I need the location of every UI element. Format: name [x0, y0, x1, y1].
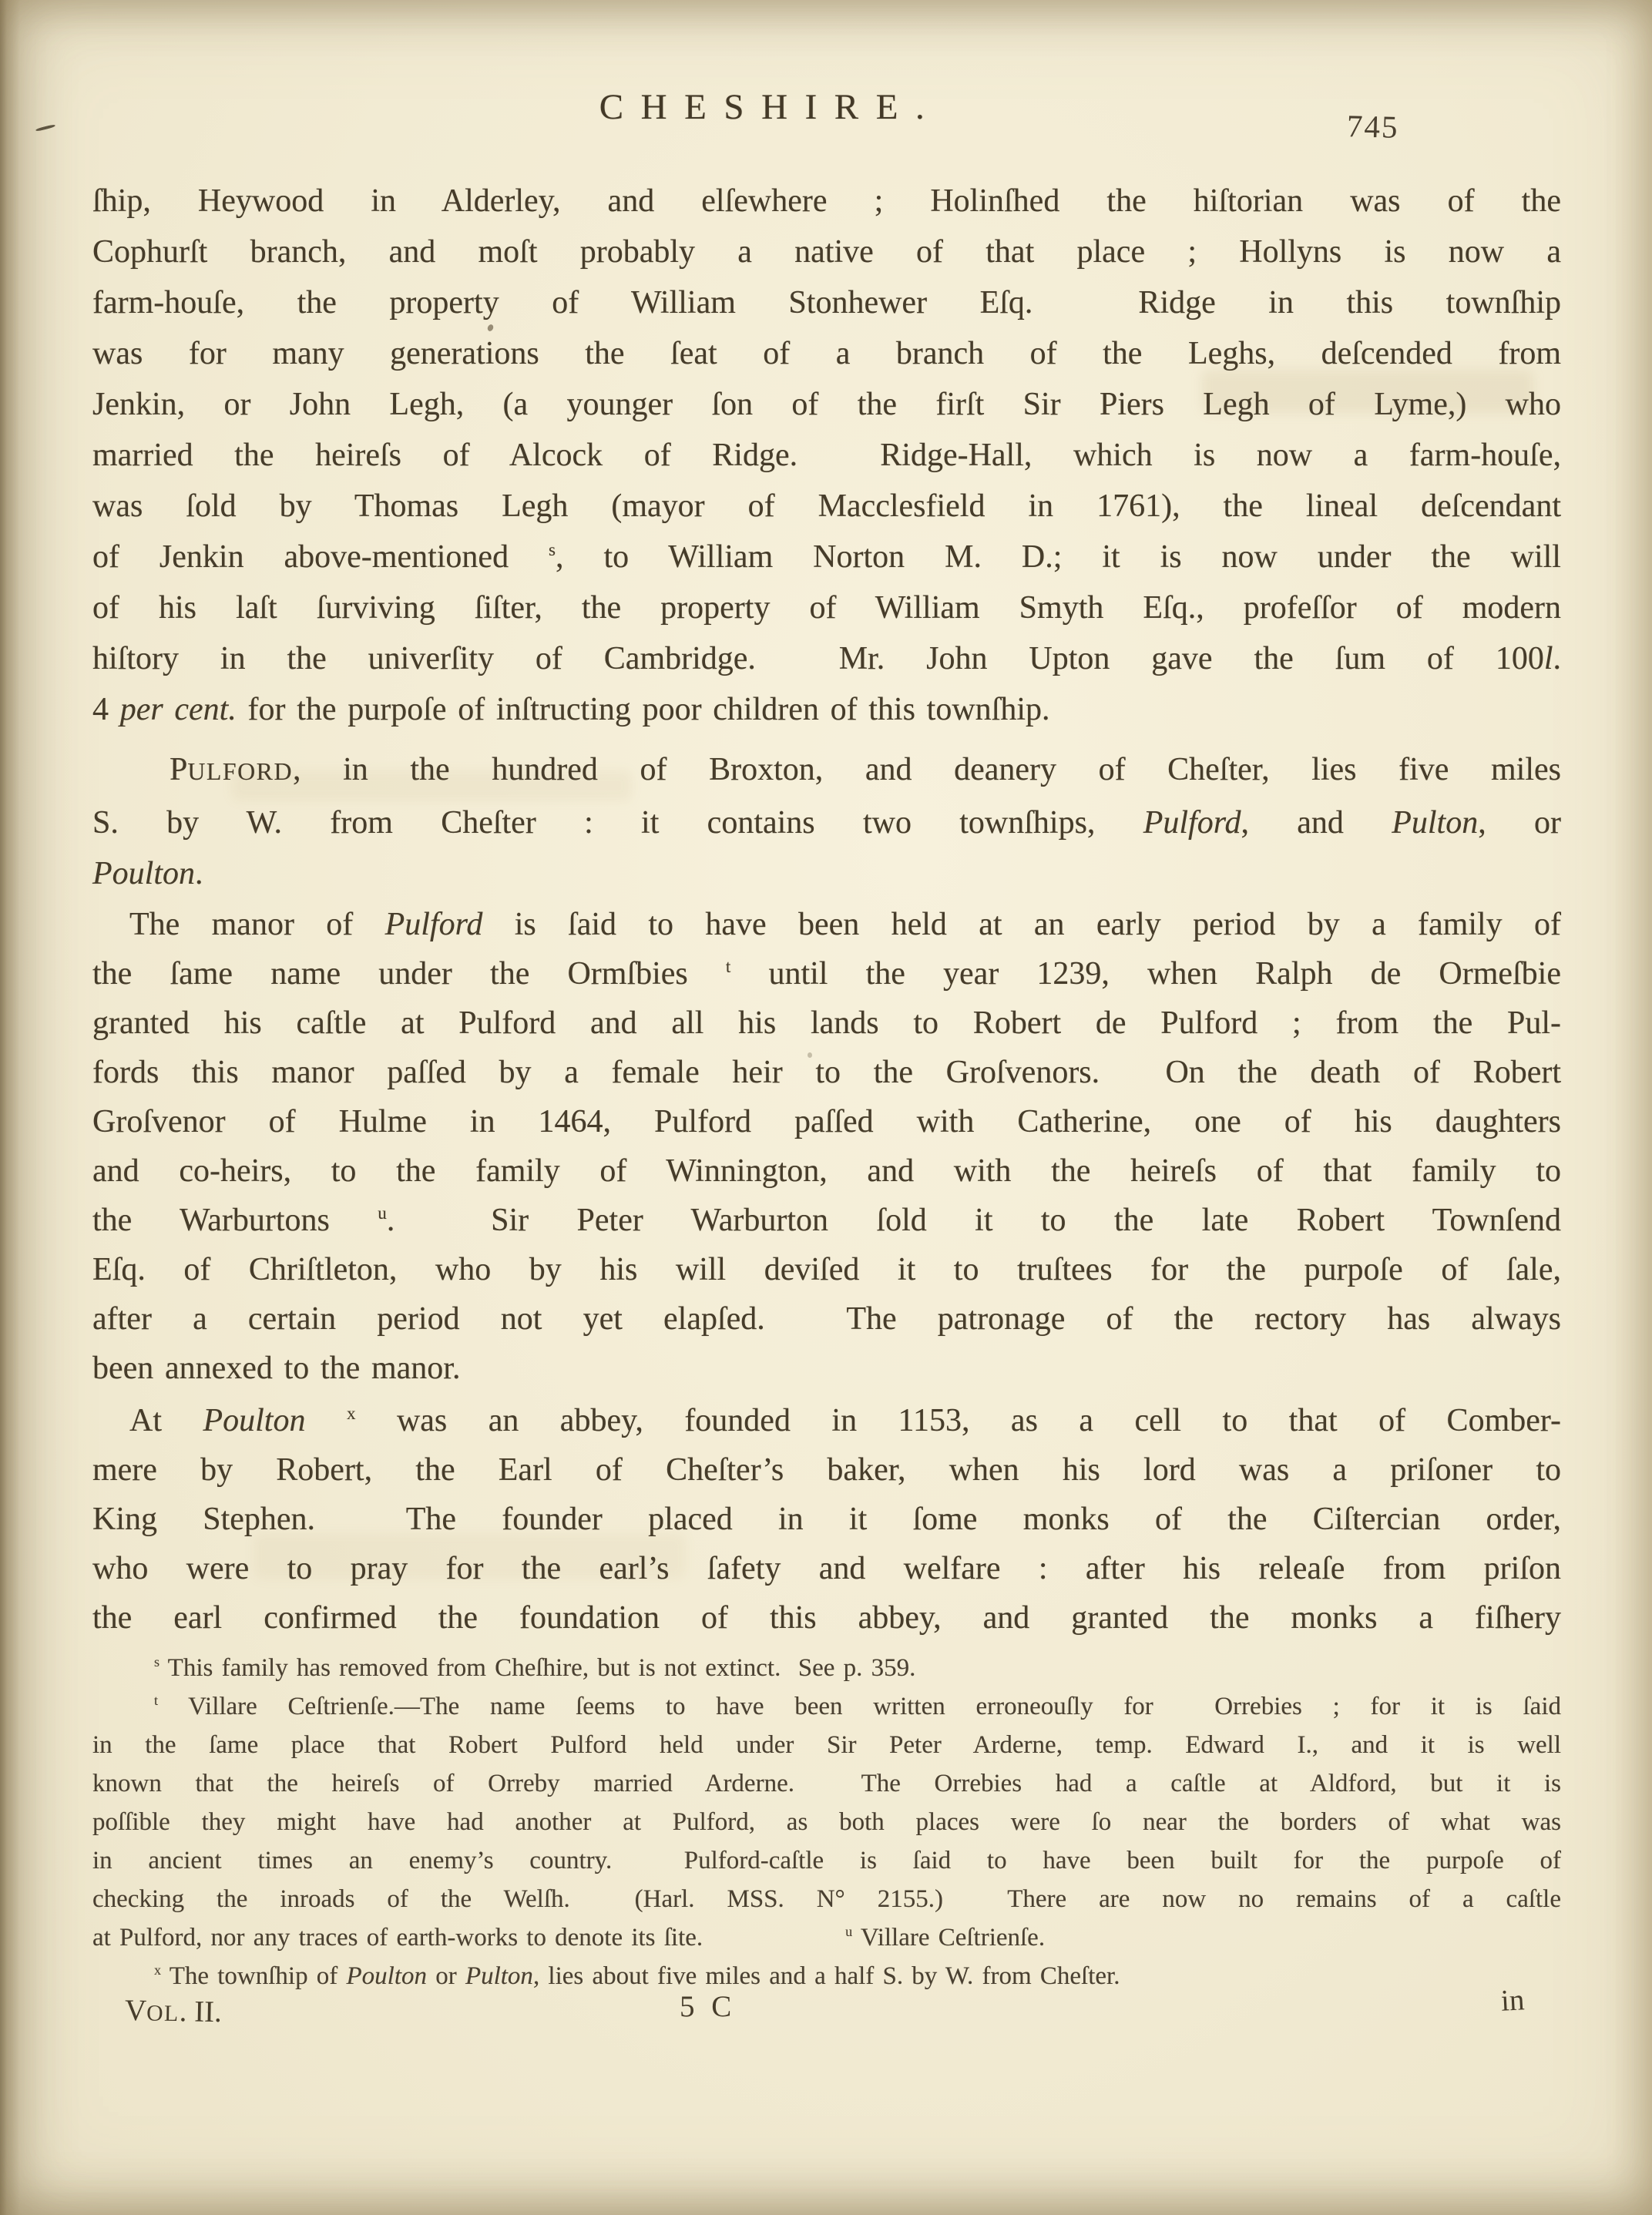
text-line: in the ſame place that Robert Pulford he…	[92, 1726, 1561, 1764]
text-line: ſhip, Heywood in Alderley, and elſewhere…	[92, 176, 1561, 227]
text-line: the earl confirmed the foundation of thi…	[92, 1593, 1561, 1643]
text-line: who were to pray for the earl’s ſafety a…	[92, 1544, 1561, 1593]
text-line: at Pulford, nor any traces of earth-work…	[92, 1918, 1561, 1957]
paragraph-township-continuation: ſhip, Heywood in Alderley, and elſewhere…	[92, 176, 1561, 735]
text-line: and co-heirs, to the family of Winningto…	[92, 1146, 1561, 1196]
text-line: mere by Robert, the Earl of Cheſter’s ba…	[92, 1445, 1561, 1495]
text-line: in ancient times an enemy’s country. Pul…	[92, 1841, 1561, 1880]
text-line: t Villare Ceſtrienſe.—The name ſeems to …	[92, 1687, 1561, 1726]
text-line: Jenkin, or John Legh, (a younger ſon of …	[92, 379, 1561, 430]
text-line: poſſible they might have had another at …	[92, 1803, 1561, 1841]
text-line: fords this manor paſſed by a female heir…	[92, 1048, 1561, 1097]
text-line: was for many generations the ſeat of a b…	[92, 328, 1561, 379]
text-line: was ſold by Thomas Legh (mayor of Maccle…	[92, 481, 1561, 532]
text-line: At Poulton x was an abbey, founded in 11…	[92, 1396, 1561, 1445]
text-line: the ſame name under the Ormſbies t until…	[92, 949, 1561, 998]
text-line: Groſvenor of Hulme in 1464, Pulford paſſ…	[92, 1097, 1561, 1146]
text-line: hiſtory in the univerſity of Cambridge. …	[92, 633, 1561, 684]
text-line: of Jenkin above-mentioned s, to William …	[92, 532, 1561, 582]
text-line: married the heireſs of Alcock of Ridge. …	[92, 430, 1561, 481]
running-head-title: CHESHIRE.	[92, 86, 1449, 128]
text-line: Eſq. of Chriſtleton, who by his will dev…	[92, 1245, 1561, 1294]
scanned-book-page: CHESHIRE. 745 ſhip, Heywood in Alderley,…	[0, 0, 1652, 2215]
text-line: King Stephen. The founder placed in it ſ…	[92, 1495, 1561, 1544]
signature-mark: 5 C	[680, 1989, 736, 2024]
text-line: Pulford, in the hundred of Broxton, and …	[92, 744, 1561, 797]
text-line: been annexed to the manor.	[92, 1344, 1561, 1393]
text-line: farm-houſe, the property of William Ston…	[92, 277, 1561, 328]
text-line: S. by W. from Cheſter : it contains two …	[92, 797, 1561, 848]
text-line: the Warburtons u. Sir Peter Warburton ſo…	[92, 1196, 1561, 1245]
pen-mark	[35, 124, 55, 132]
text-line: known that the heireſs of Orreby married…	[92, 1764, 1561, 1803]
text-line: s This family has removed from Cheſhire,…	[92, 1649, 1561, 1687]
paragraph-poulton-abbey: At Poulton x was an abbey, founded in 11…	[92, 1396, 1561, 1643]
page-gutter-shadow	[0, 0, 20, 2215]
text-line: checking the inroads of the Welſh. (Harl…	[92, 1880, 1561, 1918]
catchword: in	[1500, 1982, 1526, 2019]
paragraph-manor-of-pulford: The manor of Pulford is ſaid to have bee…	[92, 900, 1561, 1393]
text-line: granted his caſtle at Pulford and all hi…	[92, 998, 1561, 1048]
volume-label: Vol. II.	[125, 1993, 223, 2029]
text-line: Poulton.	[92, 848, 1561, 899]
text-line: Cophurſt branch, and moſt probably a nat…	[92, 227, 1561, 277]
paragraph-pulford-intro: Pulford, in the hundred of Broxton, and …	[92, 744, 1561, 899]
text-line: of his laſt ſurviving ſiſter, the proper…	[92, 582, 1561, 633]
text-line: 4 per cent. for the purpoſe of inſtructi…	[92, 684, 1561, 735]
page-footer: Vol. II. 5 C in	[92, 1989, 1561, 2035]
footnotes-block: s This family has removed from Cheſhire,…	[92, 1649, 1561, 1995]
text-line: The manor of Pulford is ſaid to have bee…	[92, 900, 1561, 949]
page-number: 745	[1346, 107, 1399, 146]
text-line: after a certain period not yet elapſed. …	[92, 1294, 1561, 1344]
